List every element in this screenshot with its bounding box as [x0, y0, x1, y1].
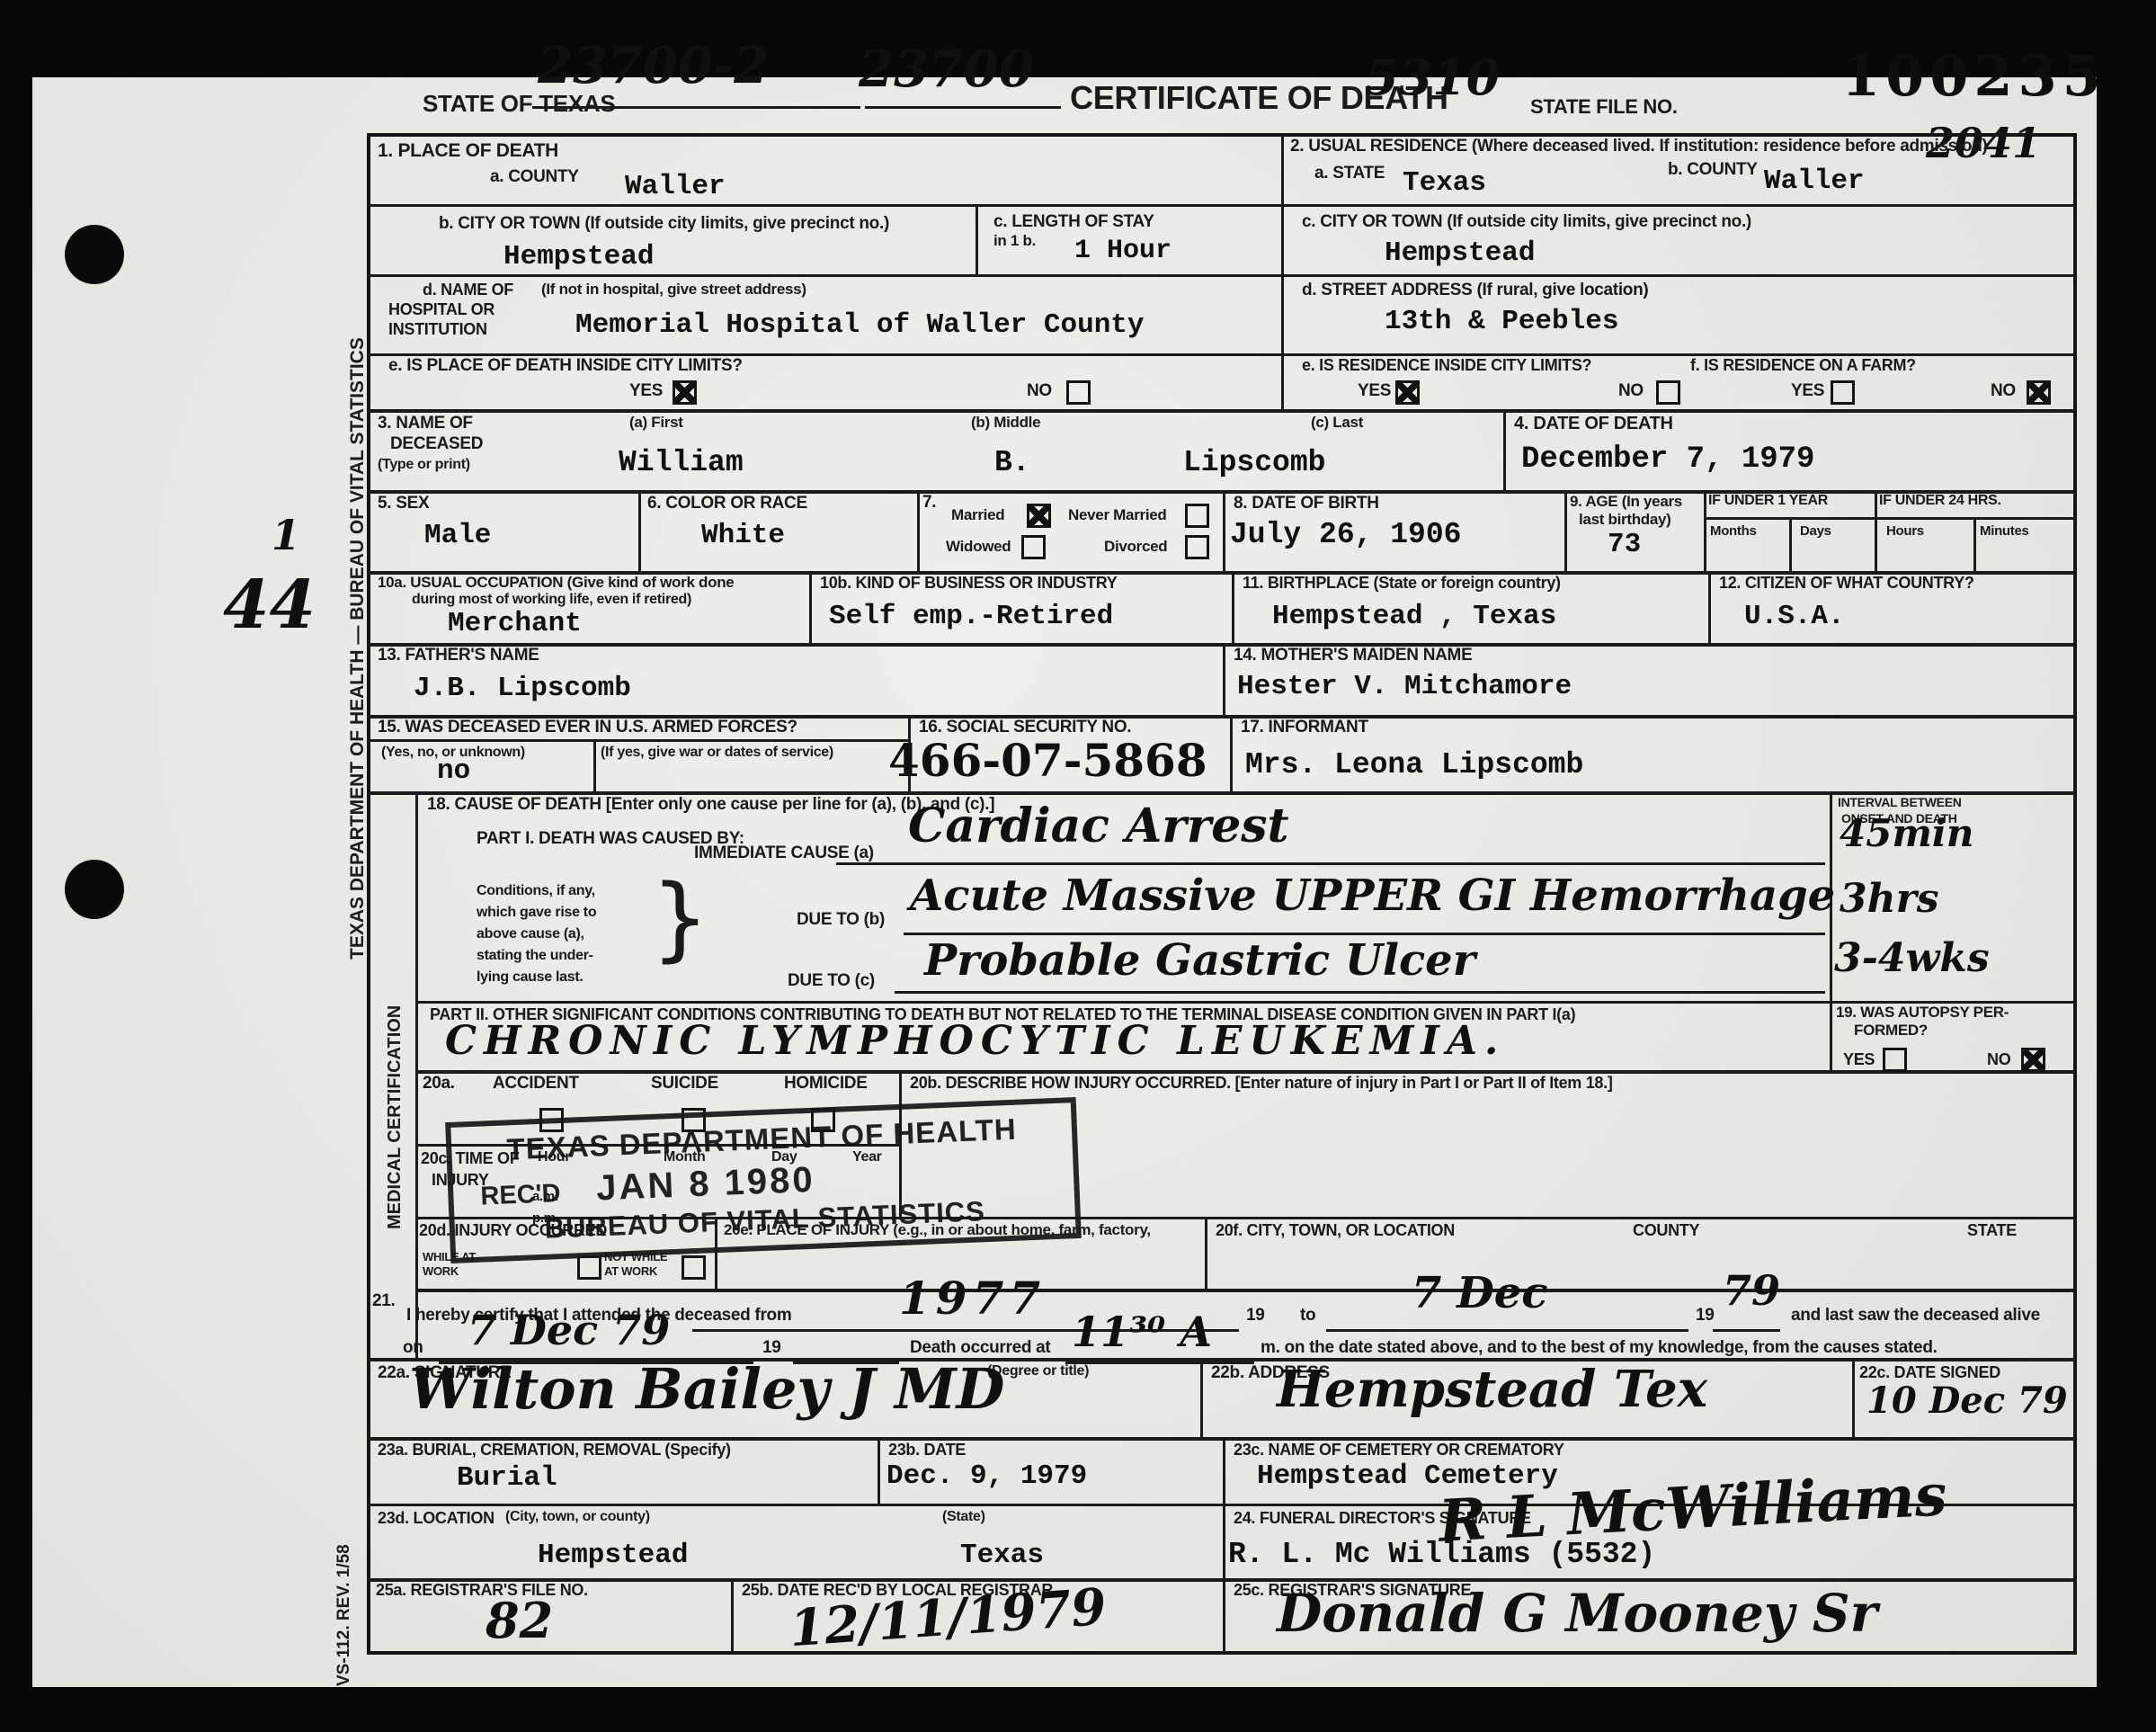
injury-state-label: STATE [1967, 1221, 2017, 1240]
first-name-value: William [619, 446, 744, 479]
handwritten-code-left: 23700-2 [538, 36, 769, 95]
to-word: to [1300, 1306, 1315, 1326]
occupation-label1: 10a. USUAL OCCUPATION (Give kind of work… [378, 574, 734, 592]
state-file-number: 100235 [1841, 43, 2107, 109]
no-label: NO [1027, 381, 1052, 401]
sex-value: Male [424, 520, 491, 551]
date-of-death-value: December 7, 1979 [1521, 442, 1814, 477]
due-to-c-value: Probable Gastric Ulcer [924, 935, 1475, 986]
form-line [1852, 1358, 1855, 1437]
months-label: Months [1710, 523, 1757, 539]
physician-address: Hempstead Tex [1277, 1360, 1707, 1419]
residence-inside-city-label: e. IS RESIDENCE INSIDE CITY LIMITS? [1302, 356, 1591, 375]
hospital-value: Memorial Hospital of Waller County [575, 309, 1145, 341]
form-line [1789, 517, 1792, 571]
part2-value: CHRONIC LYMPHOCYTIC LEUKEMIA. [445, 1018, 1505, 1064]
checkbox-while-at-work [577, 1255, 601, 1280]
birthplace-value: Hempstead , Texas [1272, 601, 1556, 632]
registrar-file-no-label: 25a. REGISTRAR'S FILE NO. [376, 1581, 588, 1600]
city-value: Hempstead [503, 241, 654, 272]
middle-name-value: B. [994, 446, 1030, 479]
form-line [1503, 409, 1506, 490]
conditions-note-1: Conditions, if any, [477, 883, 595, 899]
suicide-label: SUICIDE [651, 1074, 718, 1094]
name-of-deceased-label1: 3. NAME OF [378, 414, 473, 433]
state-file-no-label: STATE FILE NO. [1530, 95, 1678, 119]
checkbox-residence-inside-city-no [1656, 380, 1680, 405]
injury-20a-label: 20a. [423, 1074, 455, 1094]
mother-name-label: 14. MOTHER'S MAIDEN NAME [1234, 646, 1472, 665]
homicide-label: HOMICIDE [784, 1074, 868, 1094]
business-value: Self emp.-Retired [829, 601, 1113, 632]
blank-line [1326, 1329, 1688, 1332]
yes-label: YES [1791, 381, 1824, 401]
header-underline [865, 106, 1061, 109]
married-label: Married [951, 506, 1004, 524]
death-occurred-label: Death occurred at [910, 1338, 1050, 1358]
checkbox-divorced [1185, 535, 1209, 559]
form-line [367, 274, 2074, 277]
immediate-cause-label: IMMEDIATE CAUSE (a) [694, 844, 874, 863]
widowed-label: Widowed [946, 538, 1011, 556]
handwritten-cert-no: 5310 [1365, 49, 1500, 106]
location-state-note: (State) [942, 1509, 985, 1525]
checkbox-autopsy-yes [1883, 1048, 1907, 1072]
residence-city-label: c. CITY OR TOWN (If outside city limits,… [1302, 212, 1751, 232]
residence-state-label: a. STATE [1314, 164, 1385, 183]
age-label2: last birthday) [1579, 511, 1671, 529]
county-label: a. COUNTY [490, 167, 579, 187]
form-line [1223, 1504, 1225, 1578]
item-21-number: 21. [372, 1291, 396, 1311]
burial-date-value: Dec. 9, 1979 [886, 1460, 1087, 1492]
conditions-brace: } [651, 865, 709, 972]
attended-to-year-value: 79 [1723, 1266, 1780, 1315]
date-signed-value: 10 Dec 79 [1866, 1379, 2068, 1422]
form-line [1973, 517, 1976, 571]
cemetery-label: 23c. NAME OF CEMETERY OR CREMATORY [1234, 1441, 1564, 1460]
year-19-prefix: 19 [762, 1338, 781, 1358]
autopsy-label2: FORMED? [1854, 1022, 1928, 1040]
registrar-signature-value: Donald G Mooney Sr [1277, 1583, 1877, 1644]
form-line [1704, 490, 1706, 571]
stamp-date: JAN 8 1980 [595, 1160, 815, 1210]
death-time-value: 11³⁰ A [1072, 1308, 1212, 1356]
informant-label: 17. INFORMANT [1241, 718, 1368, 737]
name-of-deceased-label2: DECEASED [390, 434, 483, 454]
street-address-value: 13th & Peebles [1385, 306, 1618, 337]
occupation-label2: during most of working life, even if ret… [412, 592, 691, 608]
street-address-label: d. STREET ADDRESS (If rural, give locati… [1302, 281, 1648, 300]
last-name-label: (c) Last [1311, 414, 1363, 432]
yes-label: YES [1358, 381, 1391, 401]
checkbox-not-while-at-work [682, 1255, 706, 1280]
place-of-death-label: 1. PLACE OF DEATH [378, 140, 558, 162]
stamp-recd: REC'D [480, 1179, 561, 1212]
while-at-work-label2: WORK [423, 1264, 459, 1278]
informant-value: Mrs. Leona Lipscomb [1245, 748, 1583, 781]
certify-text-2: and last saw the deceased alive [1791, 1306, 2040, 1326]
place-inside-city-label: e. IS PLACE OF DEATH INSIDE CITY LIMITS? [388, 356, 743, 376]
conditions-note-4: stating the under- [477, 948, 593, 964]
on-word: on [403, 1338, 423, 1358]
death-certificate-scan: { "header": { "state_of_texas": "STATE O… [0, 0, 2156, 1732]
checkbox-farm-yes [1831, 380, 1855, 405]
physician-signature: Wilton Bailey J MD [409, 1356, 1004, 1422]
age-value: 73 [1608, 529, 1641, 560]
dept-vertical-label: TEXAS DEPARTMENT OF HEALTH — BUREAU OF V… [347, 319, 369, 960]
ssn-value: 466-07-5868 [888, 734, 1207, 787]
blank-line [1713, 1329, 1780, 1332]
checkbox-place-inside-city-no [1066, 380, 1091, 405]
type-or-print-note: (Type or print) [378, 457, 470, 473]
city-label: b. CITY OR TOWN (If outside city limits,… [439, 214, 889, 234]
registrar-file-no-value: 82 [486, 1592, 553, 1649]
certify-text-3: m. on the date stated above, and to the … [1261, 1338, 1938, 1358]
form-line [1875, 490, 1877, 571]
birthplace-label: 11. BIRTHPLACE (State or foreign country… [1243, 574, 1561, 593]
race-label: 6. COLOR OR RACE [647, 494, 807, 513]
burial-value: Burial [457, 1462, 557, 1494]
checkbox-never-married [1185, 504, 1209, 528]
blank-line [895, 991, 1825, 994]
year-19-prefix: 19 [1696, 1306, 1715, 1326]
no-label: NO [1987, 1050, 2010, 1069]
form-line [731, 1578, 734, 1653]
form-code-vertical: VS-112. REV. 1/58 [334, 1434, 354, 1686]
form-line [367, 1578, 2074, 1582]
checkbox-widowed [1021, 535, 1046, 559]
checkbox-married [1027, 504, 1051, 528]
marital-item-label: 7. [922, 493, 936, 513]
form-line [1205, 1217, 1207, 1289]
mother-name-value: Hester V. Mitchamore [1237, 671, 1572, 702]
margin-note-44: 44 [223, 567, 316, 644]
conditions-note-5: lying cause last. [477, 969, 584, 986]
divorced-label: Divorced [1104, 538, 1167, 556]
form-line [1230, 715, 1233, 791]
yes-label: YES [629, 381, 663, 401]
business-label: 10b. KIND OF BUSINESS OR INDUSTRY [820, 574, 1117, 593]
never-married-label: Never Married [1068, 506, 1167, 524]
hospital-note: (If not in hospital, give street address… [541, 281, 806, 299]
form-line [1223, 490, 1225, 571]
burial-date-label: 23b. DATE [888, 1441, 966, 1460]
armed-forces-value: no [437, 755, 470, 787]
age-label1: 9. AGE (In years [1570, 493, 1682, 511]
hospital-label3: INSTITUTION [388, 320, 487, 339]
autopsy-label1: 19. WAS AUTOPSY PER- [1836, 1004, 2009, 1022]
location-label: 23d. LOCATION [378, 1509, 494, 1528]
checkbox-autopsy-no [2021, 1048, 2045, 1072]
form-line [593, 739, 596, 791]
form-line [367, 409, 2074, 413]
residence-county-label: b. COUNTY [1668, 160, 1758, 180]
yes-label: YES [1843, 1050, 1875, 1069]
form-line [878, 1437, 880, 1504]
form-line [367, 643, 2074, 647]
immediate-cause-value: Cardiac Arrest [908, 799, 1289, 853]
armed-forces-label: 15. WAS DECEASED EVER IN U.S. ARMED FORC… [378, 718, 797, 737]
form-line [1200, 1358, 1203, 1437]
conditions-note-2: which gave rise to [477, 905, 596, 921]
father-name-value: J.B. Lipscomb [414, 673, 631, 704]
residence-farm-label: f. IS RESIDENCE ON A FARM? [1690, 356, 1916, 375]
form-line [1704, 517, 2074, 520]
date-of-birth-value: July 26, 1906 [1230, 518, 1461, 551]
punch-hole [65, 860, 124, 919]
form-line [638, 490, 641, 571]
residence-state-value: Texas [1403, 167, 1486, 199]
due-to-c-label: DUE TO (c) [788, 971, 875, 991]
sex-label: 5. SEX [378, 494, 429, 513]
form-line [1564, 490, 1567, 571]
accident-label: ACCIDENT [493, 1074, 579, 1094]
blank-line [836, 862, 1825, 865]
residence-city-value: Hempstead [1385, 237, 1535, 269]
form-line [367, 739, 908, 742]
hospital-label: d. NAME OF [423, 281, 513, 299]
form-line [1223, 643, 1225, 715]
form-line [1281, 133, 1284, 409]
handwritten-code-right: 23700 [859, 40, 1034, 99]
length-of-stay-sub: in 1 b. [993, 232, 1036, 250]
form-line [917, 490, 920, 571]
race-value: White [701, 520, 785, 551]
hospital-label2: HOSPITAL OR [388, 300, 494, 319]
received-stamp: TEXAS DEPARTMENT OF HEALTH REC'D JAN 8 1… [445, 1097, 1082, 1263]
form-line [809, 571, 812, 643]
date-of-death-label: 4. DATE OF DEATH [1514, 414, 1673, 434]
last-name-value: Lipscomb [1183, 446, 1325, 479]
no-label: NO [1991, 381, 2016, 401]
minutes-label: Minutes [1980, 523, 2029, 539]
header-underline [532, 106, 860, 109]
armed-forces-note2: (If yes, give war or dates of service) [601, 745, 833, 761]
no-label: NO [1618, 381, 1644, 401]
under-24-hrs-label: IF UNDER 24 HRS. [1879, 493, 2001, 509]
length-of-stay-label: c. LENGTH OF STAY [993, 212, 1154, 232]
injury-county-label: COUNTY [1633, 1221, 1699, 1240]
due-to-b-value: Acute Massive UPPER GI Hemorrhage [910, 870, 1835, 921]
days-label: Days [1800, 523, 1831, 539]
occupation-value: Merchant [448, 608, 582, 639]
conditions-note-3: above cause (a), [477, 926, 584, 942]
year-19-prefix: 19 [1246, 1306, 1265, 1326]
injury-city-label: 20f. CITY, TOWN, OR LOCATION [1216, 1221, 1455, 1240]
citizen-label: 12. CITIZEN OF WHAT COUNTRY? [1719, 574, 1974, 593]
form-line [1830, 791, 1832, 1070]
location-city-value: Hempstead [538, 1540, 688, 1571]
middle-name-label: (b) Middle [971, 414, 1040, 432]
form-line [1223, 1578, 1225, 1653]
punch-hole [65, 225, 124, 284]
burial-label: 23a. BURIAL, CREMATION, REMOVAL (Specify… [378, 1441, 731, 1460]
last-seen-alive-date: 7 Dec 79 [468, 1306, 670, 1354]
interval-b-value: 3hrs [1840, 876, 1939, 922]
under-1-year-label: IF UNDER 1 YEAR [1708, 493, 1828, 509]
citizen-value: U.S.A. [1744, 601, 1845, 632]
margin-note-1: 1 [272, 511, 300, 559]
usual-residence-label: 2. USUAL RESIDENCE (Where deceased lived… [1290, 137, 1988, 156]
checkbox-place-inside-city-yes [673, 380, 697, 405]
location-city-note: (City, town, or county) [505, 1509, 650, 1525]
form-line [1223, 1437, 1225, 1504]
form-line [367, 204, 2074, 207]
form-line [415, 1289, 2074, 1292]
interval-c-value: 3-4wks [1834, 935, 1990, 981]
location-state-value: Texas [960, 1540, 1044, 1571]
form-line [1232, 571, 1234, 643]
form-line [415, 791, 418, 1358]
form-line [1708, 571, 1711, 643]
not-while-at-work-label2: AT WORK [604, 1264, 657, 1278]
checkbox-residence-inside-city-yes [1395, 380, 1420, 405]
first-name-label: (a) First [629, 414, 683, 432]
length-of-stay-value: 1 Hour [1074, 236, 1172, 266]
hours-label: Hours [1886, 523, 1924, 539]
county-value: Waller [625, 171, 726, 202]
due-to-b-label: DUE TO (b) [797, 910, 885, 930]
attended-to-value: 7 Dec [1412, 1268, 1548, 1318]
interval-a-value: 45min [1840, 811, 1973, 855]
interval-header1: INTERVAL BETWEEN [1838, 795, 1962, 809]
residence-county-value: Waller [1764, 165, 1865, 197]
attended-from-value: 1977 [899, 1272, 1046, 1325]
father-name-label: 13. FATHER'S NAME [378, 646, 539, 665]
checkbox-farm-no [2027, 380, 2051, 405]
date-of-birth-label: 8. DATE OF BIRTH [1234, 494, 1379, 513]
form-line [415, 1001, 2074, 1004]
describe-injury-label: 20b. DESCRIBE HOW INJURY OCCURRED. [Ente… [910, 1074, 1613, 1093]
form-line [976, 204, 978, 274]
